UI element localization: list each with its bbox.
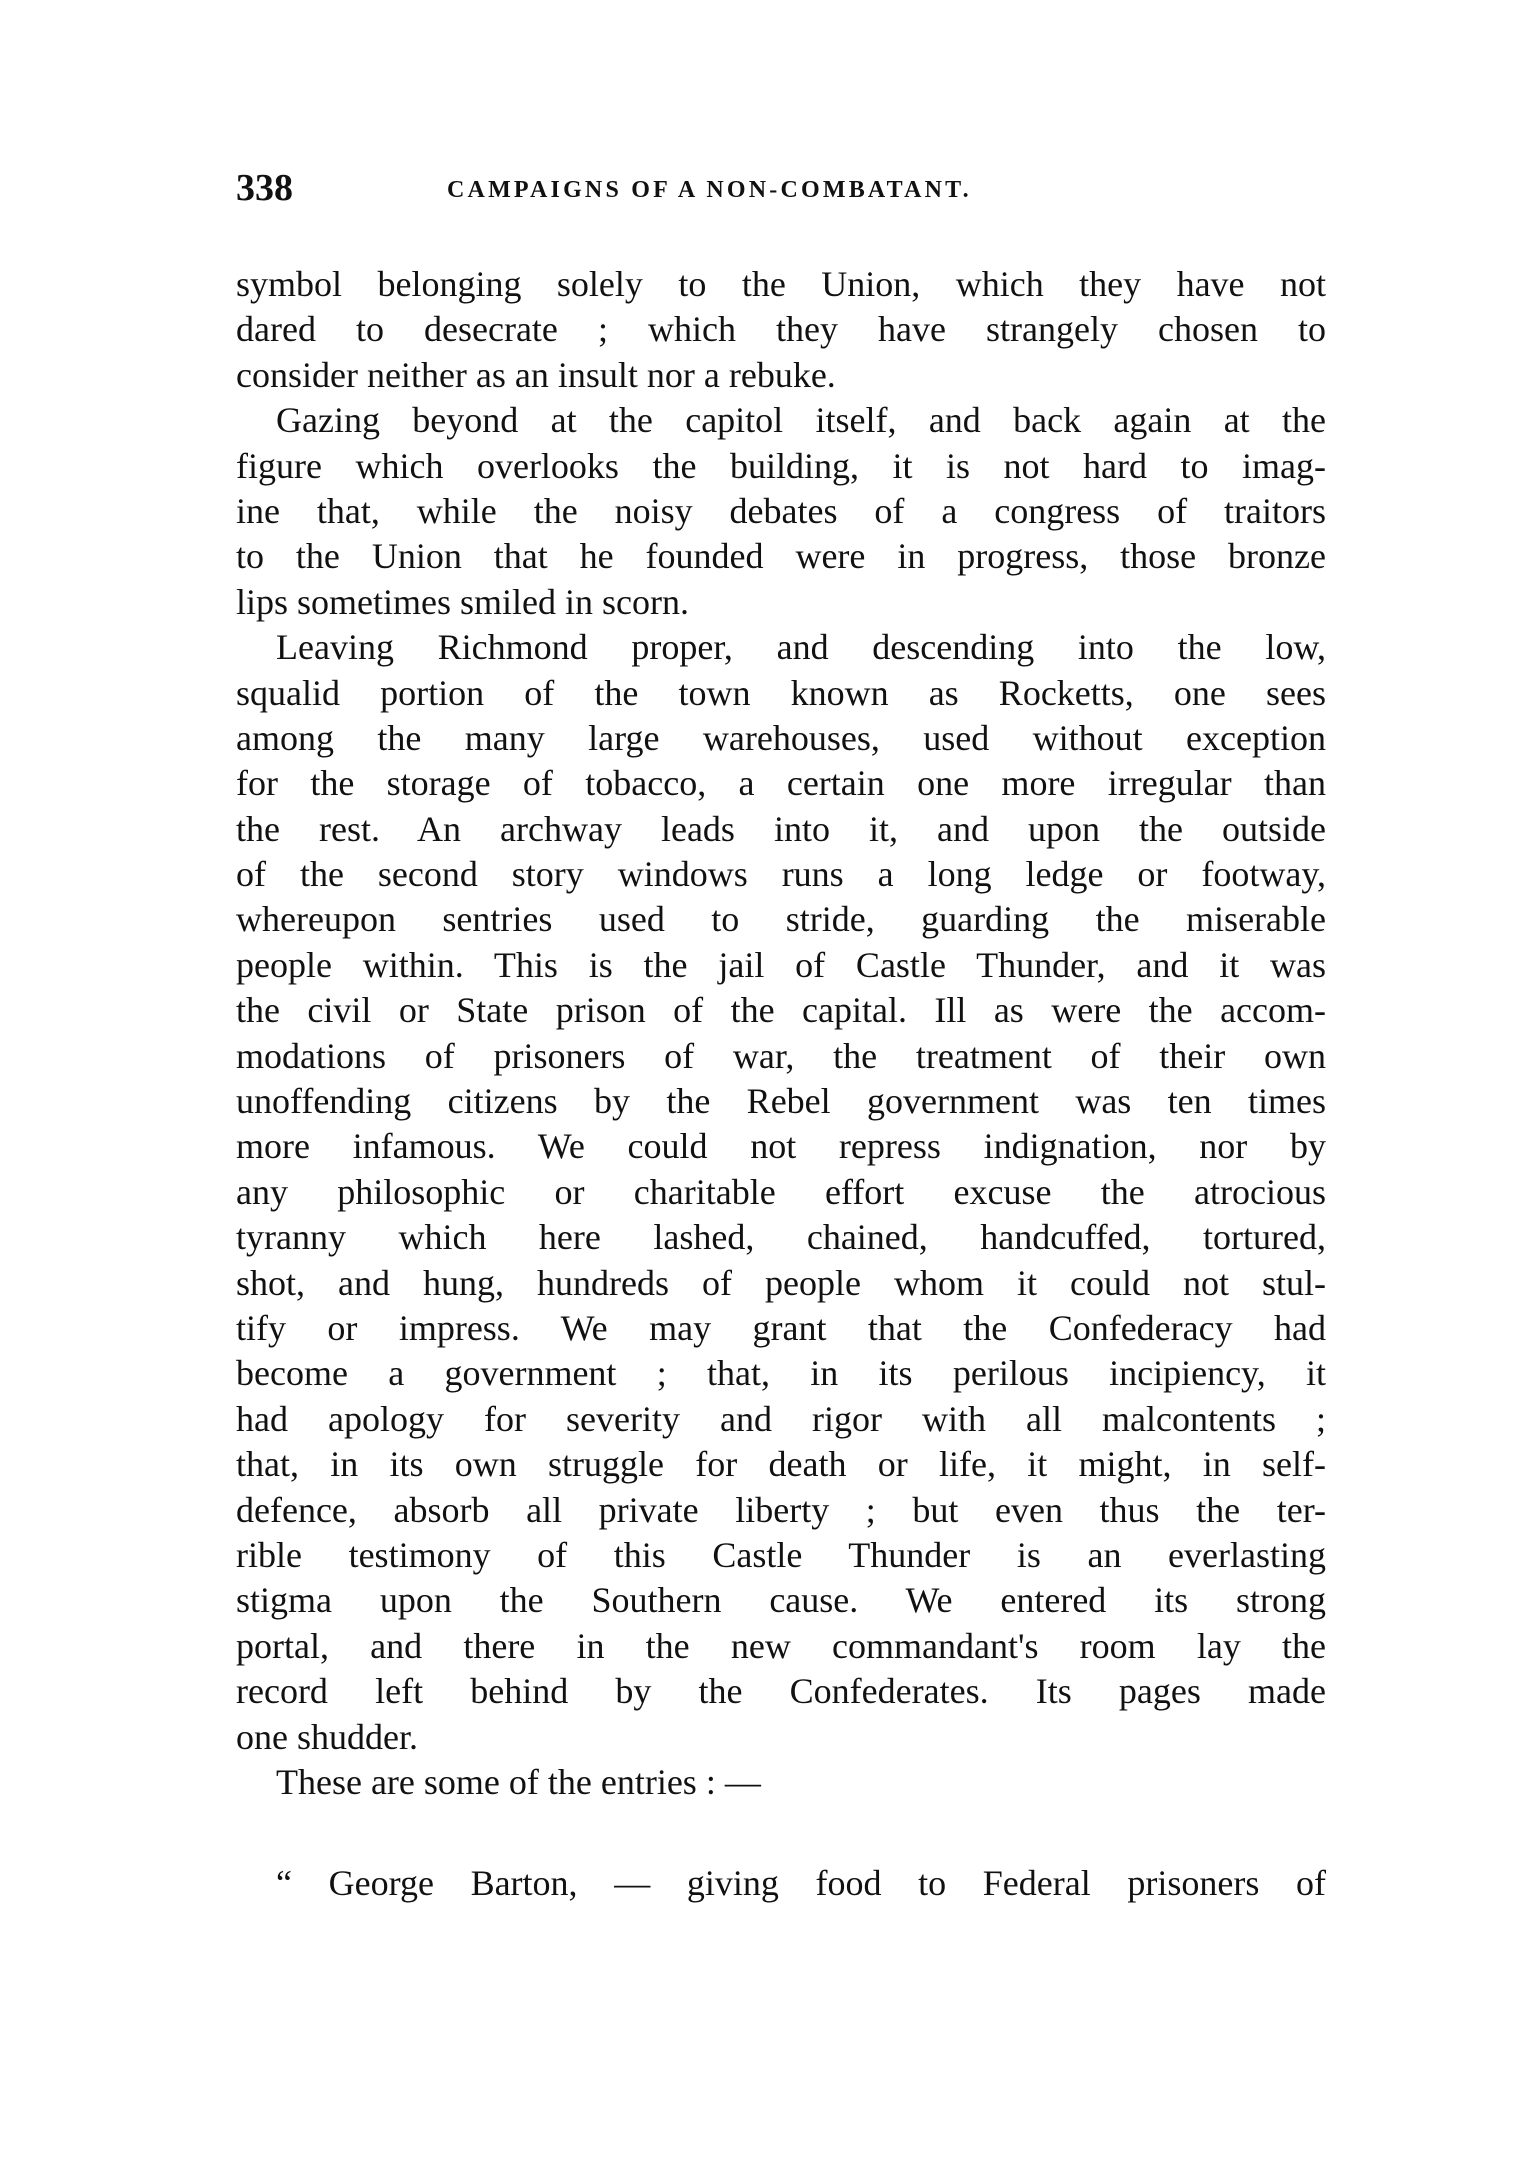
text-line: figure which overlooks the building, it … xyxy=(236,444,1326,489)
text-line: shot, and hung, hundreds of people whom … xyxy=(236,1261,1326,1306)
text-line: to the Union that he founded were in pro… xyxy=(236,534,1326,579)
text-line: of the second story windows runs a long … xyxy=(236,852,1326,897)
text-line: the rest. An archway leads into it, and … xyxy=(236,807,1326,852)
body-text: symbol belonging solely to the Union, wh… xyxy=(236,262,1326,1907)
page-number: 338 xyxy=(236,166,293,210)
text-line: Leaving Richmond proper, and descending … xyxy=(236,625,1326,670)
text-line: Gazing beyond at the capitol itself, and… xyxy=(236,398,1326,443)
text-line: ine that, while the noisy debates of a c… xyxy=(236,489,1326,534)
text-line: had apology for severity and rigor with … xyxy=(236,1397,1326,1442)
text-line: stigma upon the Southern cause. We enter… xyxy=(236,1578,1326,1623)
text-line: more infamous. We could not repress indi… xyxy=(236,1124,1326,1169)
text-line: tyranny which here lashed, chained, hand… xyxy=(236,1215,1326,1260)
text-line: rible testimony of this Castle Thunder i… xyxy=(236,1533,1326,1578)
text-line: defence, absorb all private liberty ; bu… xyxy=(236,1488,1326,1533)
paragraph-3: Leaving Richmond proper, and descending … xyxy=(236,625,1326,1760)
text-line: portal, and there in the new commandant'… xyxy=(236,1624,1326,1669)
paragraph-1: symbol belonging solely to the Union, wh… xyxy=(236,262,1326,398)
paragraph-2: Gazing beyond at the capitol itself, and… xyxy=(236,398,1326,625)
text-line: These are some of the entries : — xyxy=(236,1760,1326,1805)
running-title: CAMPAIGNS OF A NON-COMBATANT. xyxy=(447,172,972,208)
text-line: consider neither as an insult nor a rebu… xyxy=(236,353,1326,398)
quotation-line: “ George Barton, — giving food to Federa… xyxy=(236,1861,1326,1906)
text-line: whereupon sentries used to stride, guard… xyxy=(236,897,1326,942)
text-line: symbol belonging solely to the Union, wh… xyxy=(236,262,1326,307)
paragraph-4: These are some of the entries : — xyxy=(236,1760,1326,1805)
text-line: any philosophic or charitable effort exc… xyxy=(236,1170,1326,1215)
text-line: people within. This is the jail of Castl… xyxy=(236,943,1326,988)
text-line: record left behind by the Confederates. … xyxy=(236,1669,1326,1714)
text-line: dared to desecrate ; which they have str… xyxy=(236,307,1326,352)
text-line: unoffending citizens by the Rebel govern… xyxy=(236,1079,1326,1124)
running-head: 338 CAMPAIGNS OF A NON-COMBATANT. xyxy=(236,166,1326,210)
text-line: one shudder. xyxy=(236,1715,1326,1760)
text-line: that, in its own struggle for death or l… xyxy=(236,1442,1326,1487)
quotation-block: “ George Barton, — giving food to Federa… xyxy=(236,1861,1326,1906)
text-line: tify or impress. We may grant that the C… xyxy=(236,1306,1326,1351)
text-line: squalid portion of the town known as Roc… xyxy=(236,671,1326,716)
text-line: for the storage of tobacco, a certain on… xyxy=(236,761,1326,806)
spacer xyxy=(236,1805,1326,1861)
text-line: the civil or State prison of the capital… xyxy=(236,988,1326,1033)
text-line: among the many large warehouses, used wi… xyxy=(236,716,1326,761)
text-line: become a government ; that, in its peril… xyxy=(236,1351,1326,1396)
text-line: modations of prisoners of war, the treat… xyxy=(236,1034,1326,1079)
text-line: lips sometimes smiled in scorn. xyxy=(236,580,1326,625)
